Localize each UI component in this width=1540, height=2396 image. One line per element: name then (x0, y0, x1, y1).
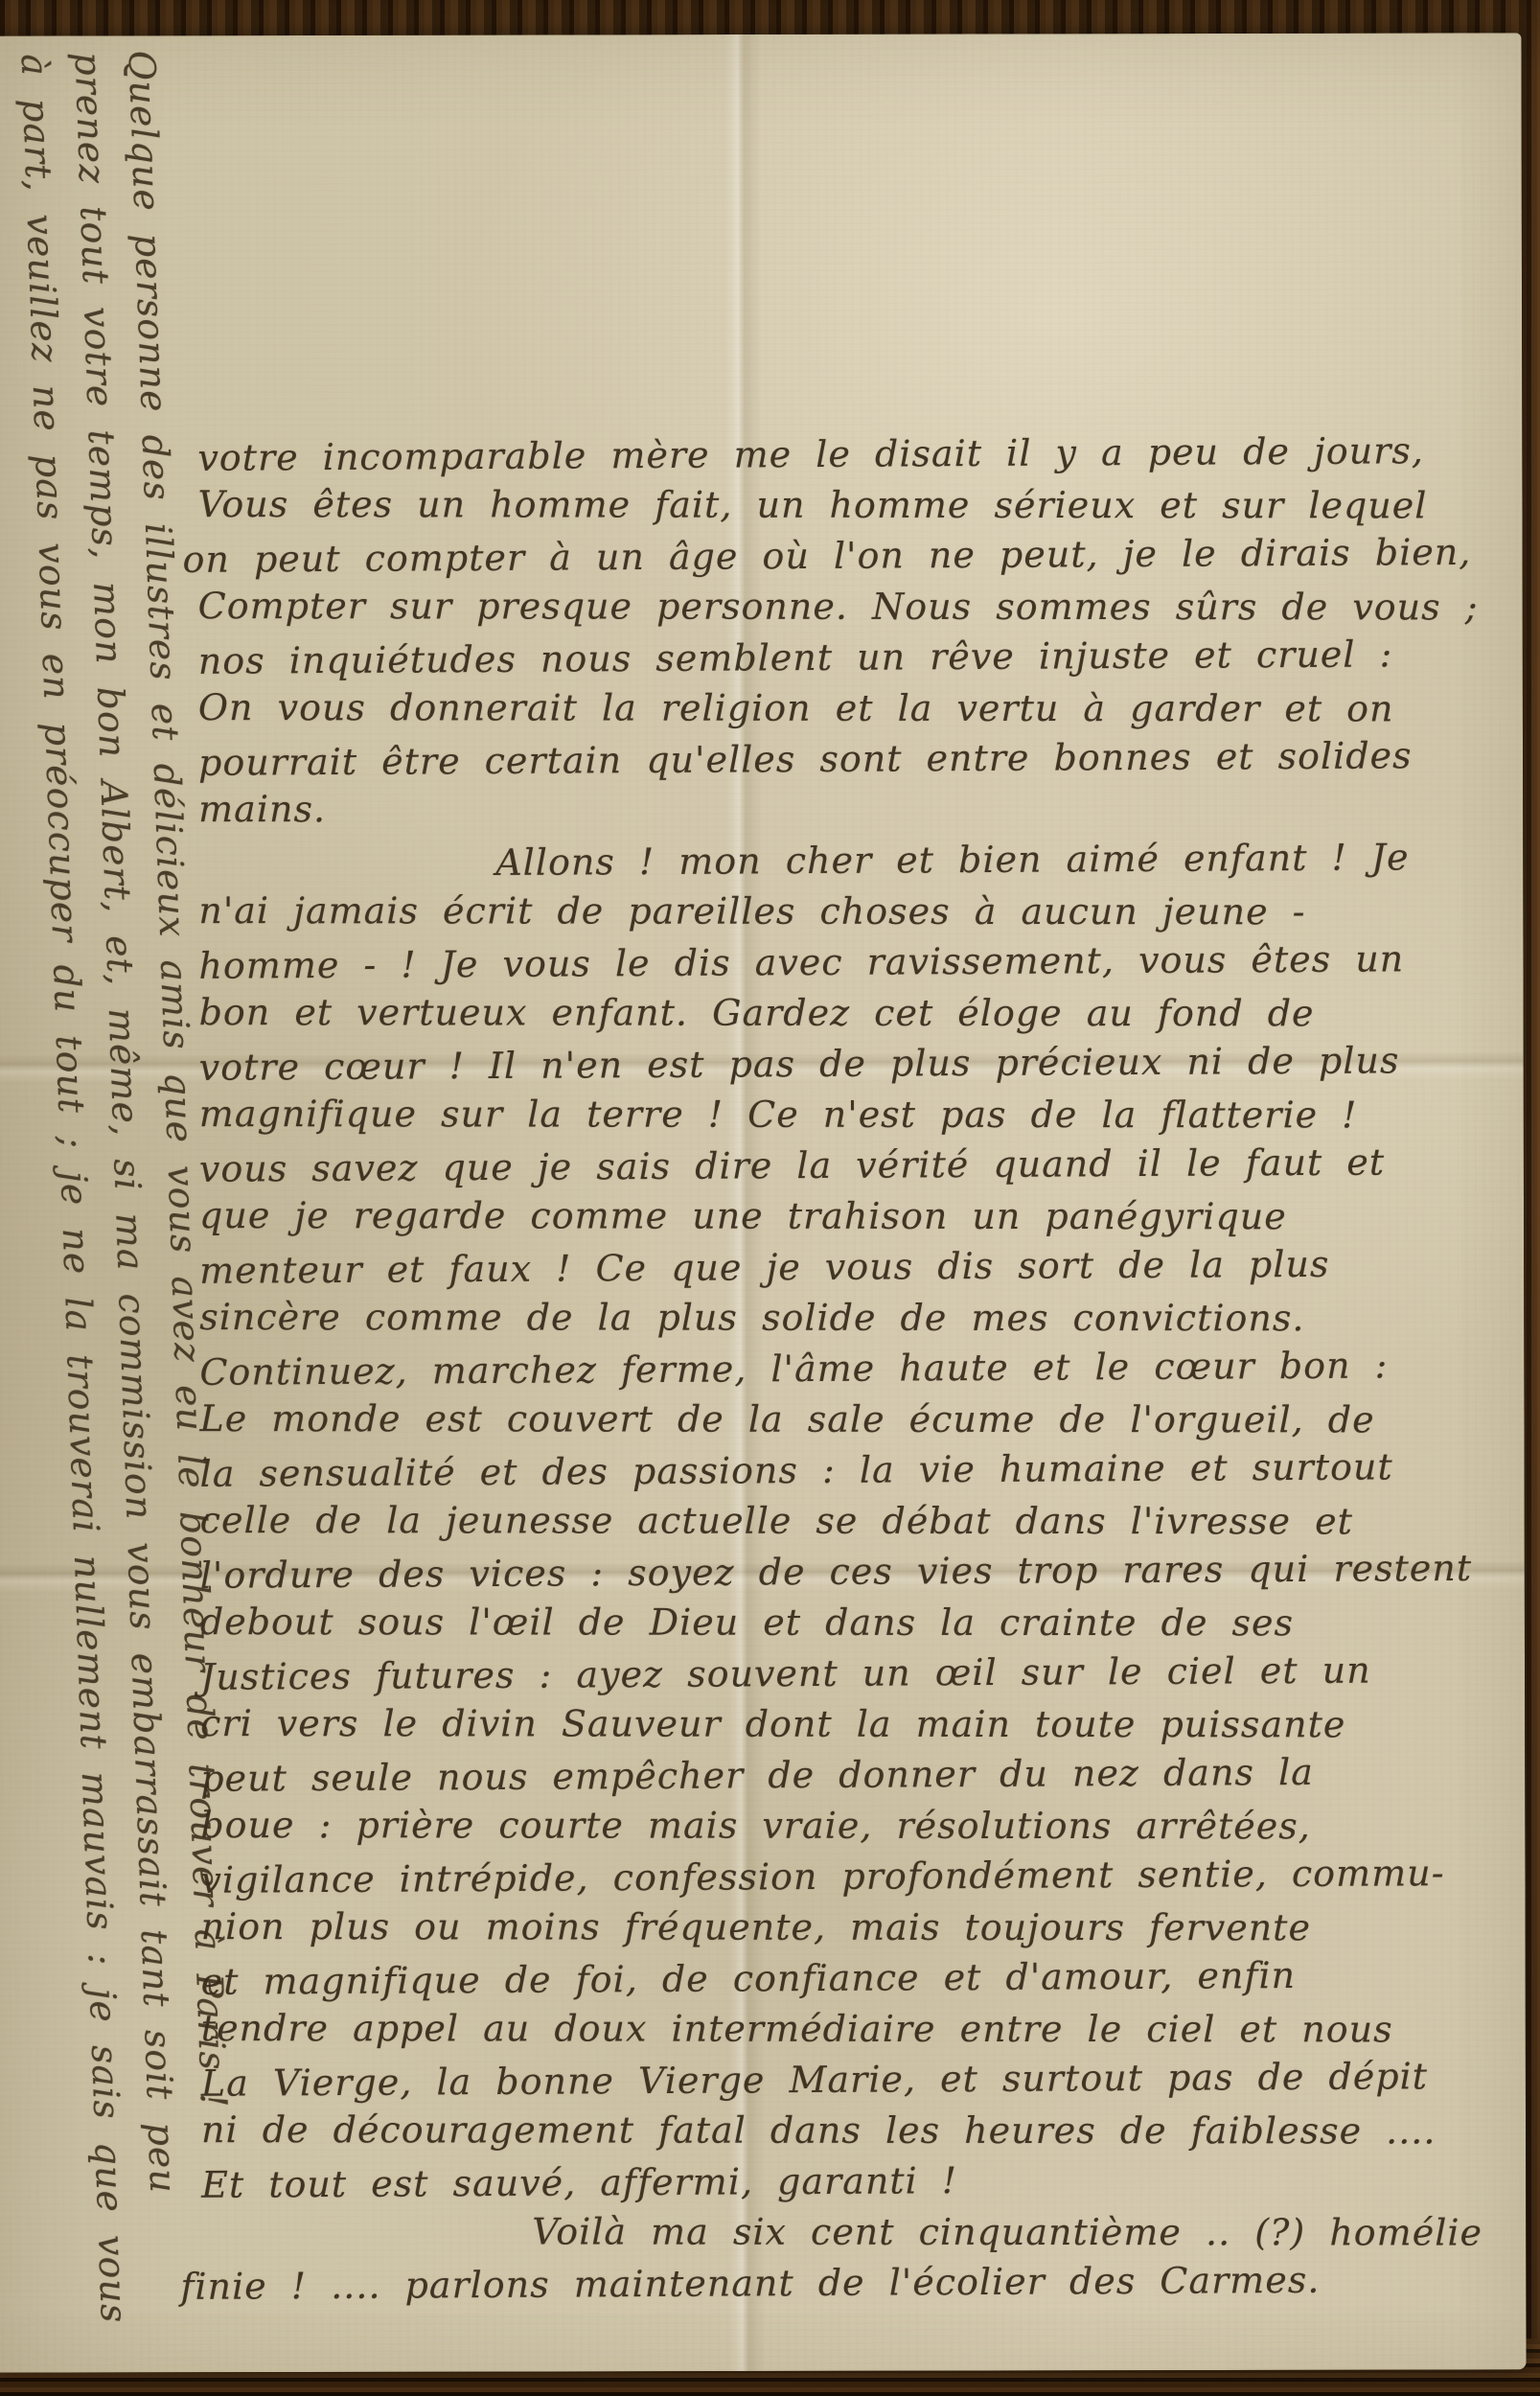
letter-line: la sensualité et des passions : la vie h… (199, 1441, 1495, 1500)
letter-line: votre cœur ! Il n'en est pas de plus pré… (199, 1035, 1495, 1094)
letter-line: pourrait être certain qu'elles sont entr… (198, 730, 1494, 789)
letter-line: Vous êtes un homme fait, un homme sérieu… (197, 479, 1493, 531)
letter-line: Allons ! mon cher et bien aimé enfant ! … (198, 832, 1494, 890)
letter-line: debout sous l'œil de Dieu et dans la cra… (200, 1597, 1496, 1648)
letter-line: votre incomparable mère me le disait il … (197, 426, 1493, 484)
photograph: Quelque personne des illustres et délici… (0, 0, 1540, 2396)
letter-line: nion plus ou moins fréquente, mais toujo… (201, 1901, 1497, 1953)
letter-line: nos inquiétudes nous semblent un rêve in… (198, 629, 1494, 687)
letter-line: ni de découragement fatal dans les heure… (201, 2105, 1497, 2156)
letter-line: Et tout est sauvé, affermi, garanti ! (201, 2153, 1497, 2211)
letter-line: magnifique sur la terre ! Ce n'est pas d… (199, 1089, 1495, 1140)
letter-line: Voilà ma six cent cinquantième .. (?) ho… (201, 2206, 1497, 2258)
letter-line: Justices futures : ayez souvent un œil s… (200, 1645, 1496, 1703)
letter-line: l'ordure des vices : soyez de ces vies t… (200, 1543, 1496, 1601)
letter-line: menteur et faux ! Ce que je vous dis sor… (199, 1238, 1495, 1297)
letter-line: boue : prière courte mais vraie, résolut… (200, 1800, 1496, 1852)
letter-line: Compter sur presque personne. Nous somme… (198, 581, 1494, 633)
letter-line: celle de la jeunesse actuelle se débat d… (200, 1495, 1496, 1547)
letter-line: cri vers le divin Sauveur dont la main t… (200, 1698, 1496, 1750)
letter-line: n'ai jamais écrit de pareilles choses à … (198, 886, 1494, 937)
letter-line: mains. (198, 784, 1494, 836)
letter-line: on peut compter à un âge où l'on ne peut… (182, 527, 1493, 586)
letter-line: finie ! .... parlons maintenant de l'éco… (180, 2254, 1497, 2313)
letter-line: et magnifique de foi, de confiance et d'… (201, 1949, 1497, 2008)
letter-sheet: Quelque personne des illustres et délici… (0, 33, 1527, 2372)
letter-line: vous savez que je sais dire la vérité qu… (199, 1137, 1495, 1195)
letter-line: bon et vertueux enfant. Gardez cet éloge… (199, 987, 1495, 1039)
letter-body: votre incomparable mère me le disait il … (197, 427, 1497, 2310)
letter-line: que je regarde comme une trahison un pan… (199, 1190, 1495, 1242)
letter-line: sincère comme de la plus solide de mes c… (199, 1292, 1495, 1344)
letter-line: Le monde est couvert de la sale écume de… (199, 1394, 1495, 1445)
letter-line: La Vierge, la bonne Vierge Marie, et sur… (201, 2051, 1497, 2109)
letter-line: peut seule nous empêcher de donner du ne… (200, 1746, 1496, 1805)
letter-line: On vous donnerait la religion et la vert… (198, 682, 1494, 734)
letter-line: homme - ! Je vous le dis avec ravissemen… (198, 933, 1494, 992)
letter-line: vigilance intrépide, confession profondé… (200, 1848, 1496, 1906)
letter-line: tendre appel au doux intermédiaire entre… (201, 2003, 1497, 2055)
letter-line: Continuez, marchez ferme, l'âme haute et… (199, 1340, 1495, 1398)
